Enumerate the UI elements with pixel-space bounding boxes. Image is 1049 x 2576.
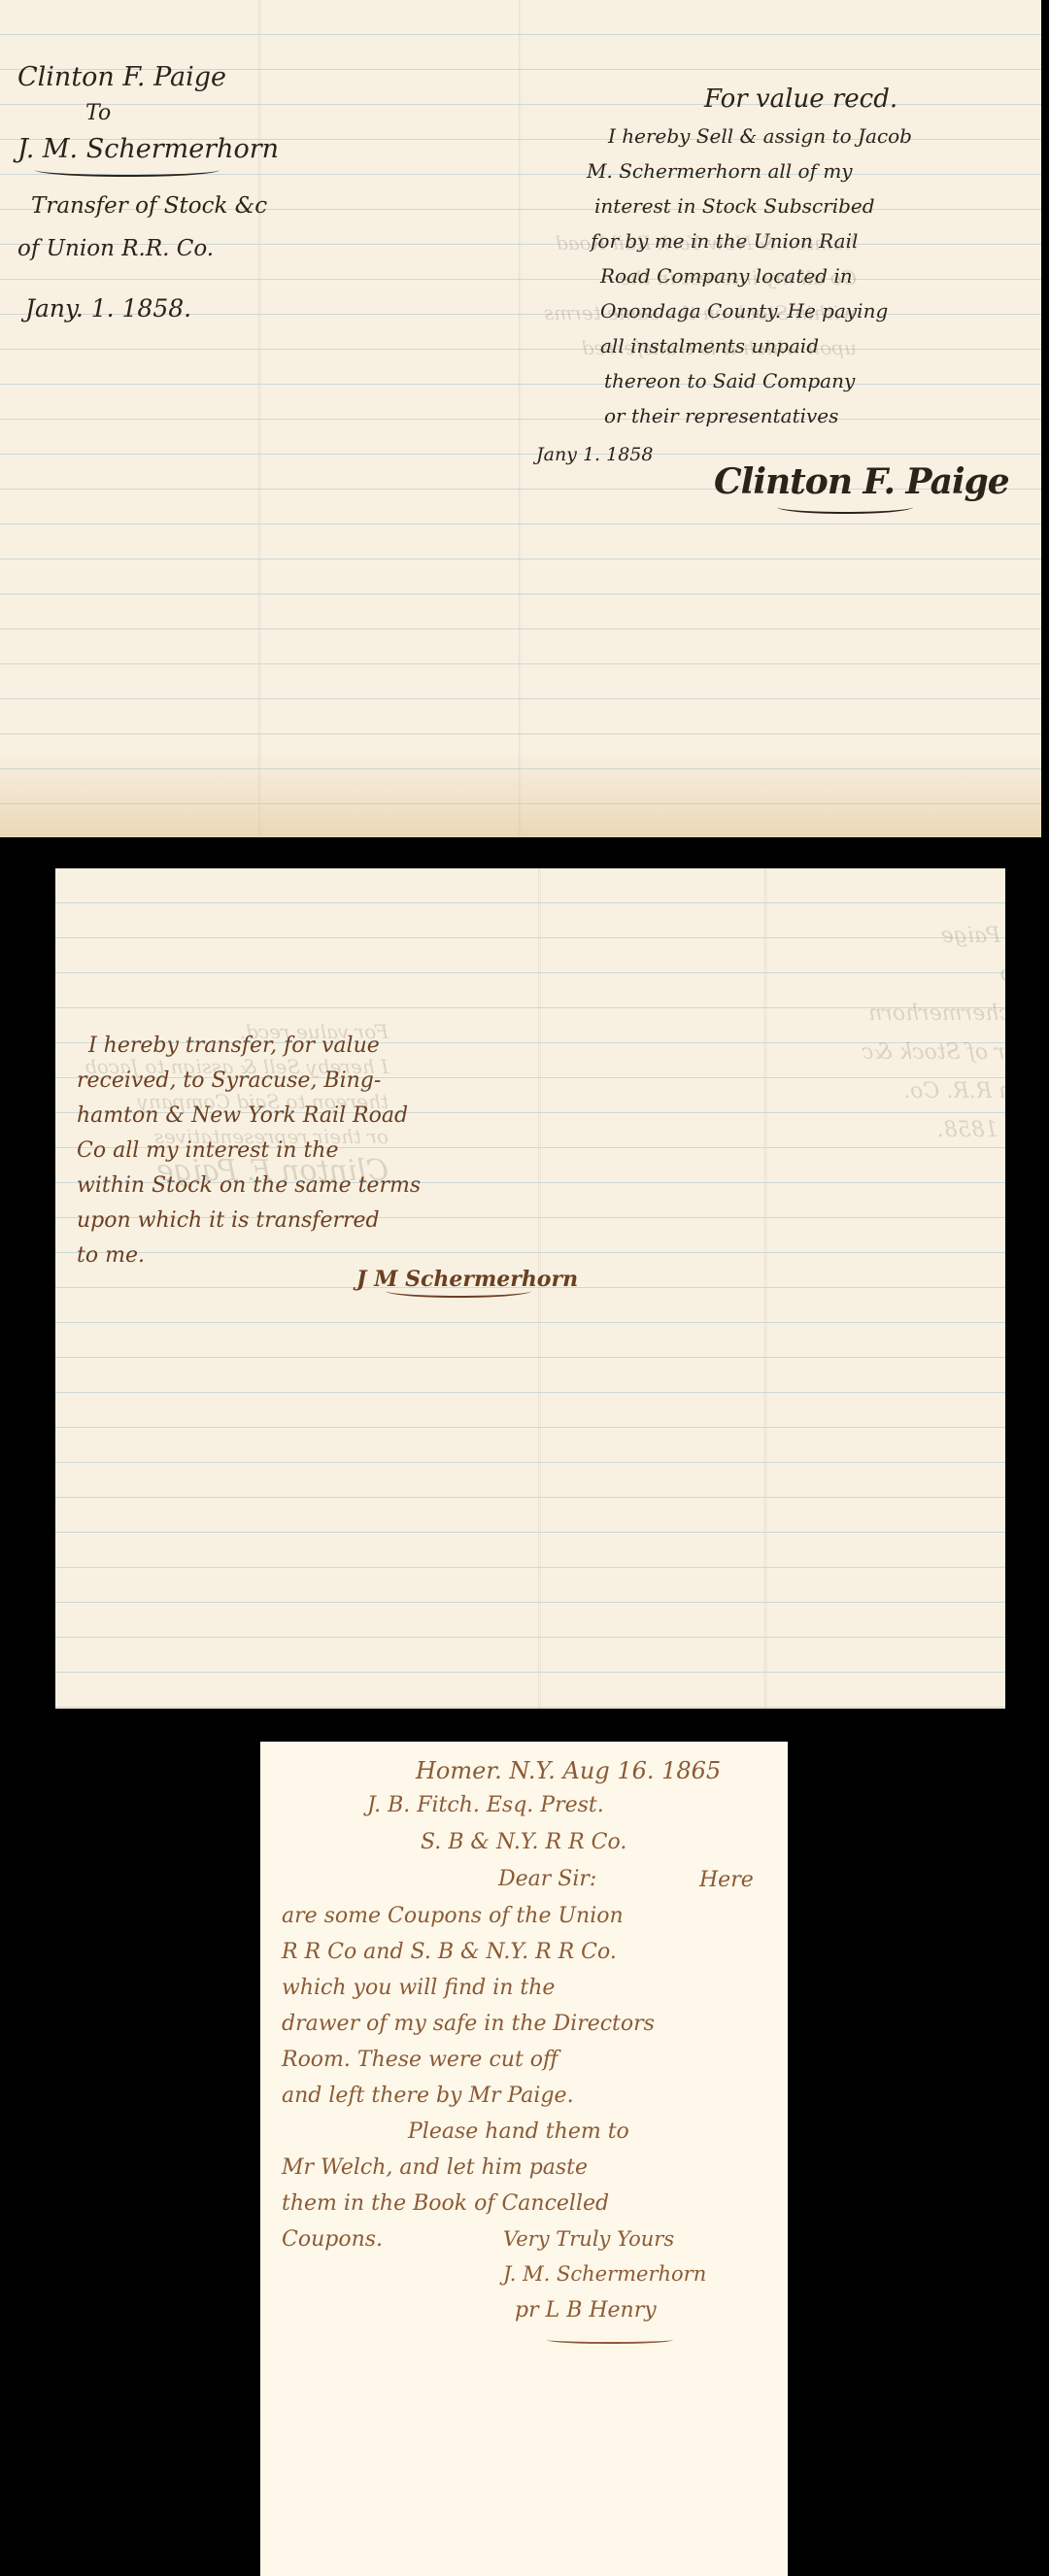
letter-line: drawer of my safe in the Directors: [282, 2006, 754, 2042]
transfer-line: upon which it is transferred: [77, 1203, 421, 1238]
letter-place-date: Homer. N.Y. Aug 16. 1865: [416, 1753, 721, 1788]
assignment-heading: For value recd.: [704, 82, 897, 117]
letter-line: Please hand them to: [282, 2114, 754, 2150]
letter-line: them in the Book of Cancelled: [282, 2186, 754, 2221]
assignment-signature: Clinton F. Paige: [714, 464, 1009, 499]
transfer-body: I hereby transfer, for value received, t…: [77, 1029, 421, 1273]
letter-body: Here are some Coupons of the Union R R C…: [282, 1862, 754, 2257]
transfer-line: Co all my interest in the: [77, 1134, 421, 1169]
fold-line: [764, 868, 767, 1709]
docket-to-word: To: [17, 99, 279, 128]
docket-underline-flourish: [35, 163, 220, 177]
docket-subject-1: Transfer of Stock &c: [17, 185, 279, 227]
assignment-date: Jany 1. 1858: [536, 437, 653, 472]
letter-line: Here: [282, 1862, 754, 1898]
fold-line: [519, 0, 522, 837]
assignment-line: thereon to Said Company: [583, 363, 912, 398]
letter-signature-flourish: [547, 2336, 673, 2344]
docket-date: Jany. 1. 1858.: [17, 288, 279, 330]
assignment-line: I hereby Sell & assign to Jacob: [583, 119, 912, 153]
letter-line: are some Coupons of the Union: [282, 1898, 754, 1934]
letter-addressee-2: S. B & N.Y. R R Co.: [421, 1825, 626, 1860]
letter-line: Mr Welch, and let him paste: [282, 2150, 754, 2186]
assignment-line: M. Schermerhorn all of my: [583, 153, 912, 188]
letter-addressee-1: J. B. Fitch. Esq. Prest.: [367, 1788, 604, 1823]
aged-paper-stain: [0, 750, 1041, 837]
transfer-line: I hereby transfer, for value: [77, 1029, 421, 1064]
transfer-signature-flourish: [386, 1284, 531, 1298]
document-panel-1: Clinton F. Paige To J. M. Schermerhorn T…: [0, 0, 1041, 837]
document-panel-2: For value recd. I hereby Sell & assign t…: [55, 868, 1005, 1709]
docket-text: Clinton F. Paige To J. M. Schermerhorn T…: [17, 56, 279, 330]
transfer-line: hamton & New York Rail Road: [77, 1099, 421, 1134]
bleed-through-text: hamton & New York Rail Road Co all my in…: [544, 225, 857, 365]
letter-line: and left there by Mr Paige.: [282, 2078, 754, 2114]
docket-from: Clinton F. Paige: [17, 56, 279, 99]
assignment-line: interest in Stock Subscribed: [583, 188, 912, 223]
letter-closing: Very Truly Yours: [503, 2221, 674, 2256]
letter-line: R R Co and S. B & N.Y. R R Co.: [282, 1934, 754, 1970]
transfer-line: within Stock on the same terms: [77, 1169, 421, 1203]
docket-subject-2: of Union R.R. Co.: [17, 227, 279, 270]
letter-line: which you will find in the: [282, 1970, 754, 2006]
bleed-through-docket: F. Paige To Schermerhorn fer of Stock &c…: [862, 917, 1005, 1150]
letter-line: Room. These were cut off: [282, 2042, 754, 2078]
assignment-line: or their representatives: [583, 398, 912, 433]
letter-signature: J. M. Schermerhorn: [503, 2256, 706, 2291]
signature-flourish: [777, 500, 913, 514]
letter-per-signature: pr L B Henry: [515, 2293, 657, 2328]
document-panel-3: Homer. N.Y. Aug 16. 1865 J. B. Fitch. Es…: [260, 1742, 788, 2576]
transfer-line: received, to Syracuse, Bing-: [77, 1064, 421, 1099]
